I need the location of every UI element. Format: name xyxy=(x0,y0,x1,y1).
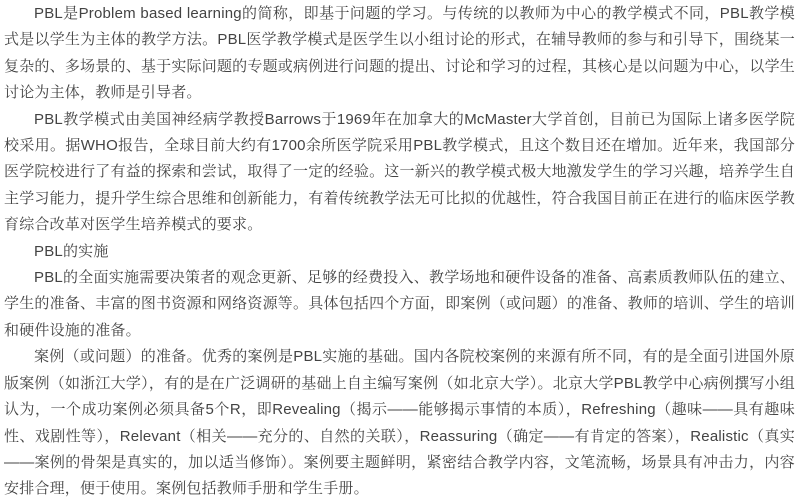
document-page: PBL是Problem based learning的简称，即基于问题的学习。与… xyxy=(0,0,800,503)
section-heading-pbl-implementation: PBL的实施 xyxy=(4,239,795,265)
paragraph-case-preparation: 案例（或问题）的准备。优秀的案例是PBL实施的基础。国内各院校案例的来源有所不同… xyxy=(4,344,795,502)
paragraph-pbl-history: PBL教学模式由美国神经病学教授Barrows于1969年在加拿大的McMast… xyxy=(4,107,795,239)
paragraph-implementation-requirements: PBL的全面实施需要决策者的观念更新、足够的经费投入、教学场地和硬件设备的准备、… xyxy=(4,265,795,344)
paragraph-pbl-definition: PBL是Problem based learning的简称，即基于问题的学习。与… xyxy=(4,1,795,107)
